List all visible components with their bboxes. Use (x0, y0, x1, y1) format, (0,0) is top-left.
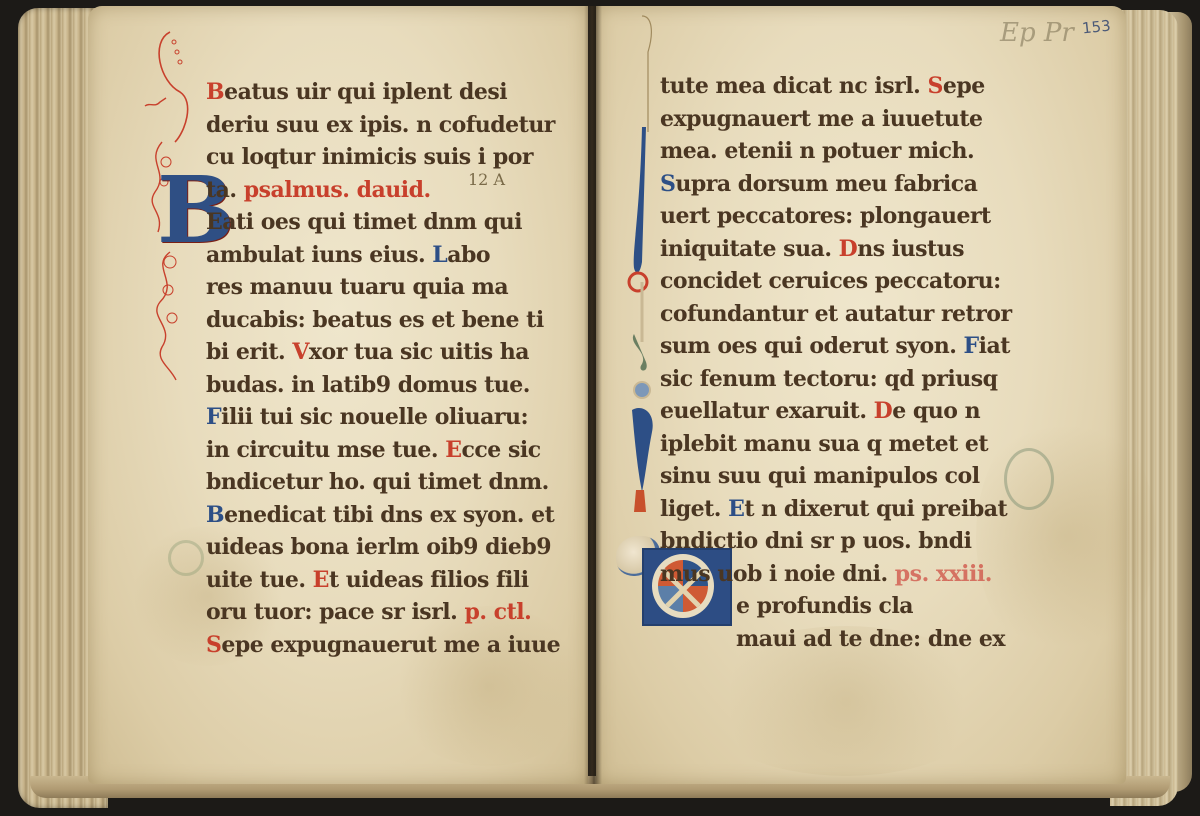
gutter (584, 6, 602, 784)
script-text: ambulat iuns eius. (206, 242, 432, 268)
text-line: uert peccatores: plongauert (660, 200, 1000, 233)
script-text: e profundis cla (660, 593, 913, 619)
script-text: oru tuor: pace sr isrl. (206, 599, 464, 625)
text-line: Beatus uir qui iplent desi (206, 76, 548, 109)
right-page-text: tute mea dicat nc isrl. Sepeexpugnauert … (660, 70, 1000, 655)
text-line: Supra dorsum meu fabrica (660, 168, 1000, 201)
script-text: uideas bona ierlm oib9 dieb9 (206, 534, 551, 560)
rubric-text: V (292, 339, 309, 365)
script-text: maui ad te dne: dne ex (660, 626, 1005, 652)
text-line: maui ad te dne: dne ex (660, 623, 1000, 656)
green-stain-mark (1004, 448, 1054, 510)
script-text: bndicetur ho. qui timet dnm. (206, 469, 549, 495)
text-line: cofundantur et autatur retror (660, 298, 1000, 331)
blue-initial: F (206, 404, 221, 430)
script-text: cu loqtur inimicis suis i por (206, 144, 533, 170)
script-text: uert peccatores: plongauert (660, 203, 991, 229)
text-line: Benedicat tibi dns ex syon. et (206, 499, 548, 532)
green-stain-mark-left (168, 540, 204, 576)
rubric-text: psalmus. dauid. (244, 177, 431, 203)
text-line: euellatur exaruit. De quo n (660, 395, 1000, 428)
script-text: ta. (206, 177, 244, 203)
script-text: enedicat tibi dns ex syon. et (224, 502, 554, 528)
rubric-text: p. ctl. (464, 599, 531, 625)
text-line: mus uob i noie dni. ps. xxiii. (660, 558, 1000, 591)
text-line: concidet ceruices peccatoru: (660, 265, 1000, 298)
script-text: euellatur exaruit. (660, 398, 874, 424)
text-line: tute mea dicat nc isrl. Sepe (660, 70, 1000, 103)
script-text: iplebit manu sua q metet et (660, 431, 988, 457)
script-text: bi erit. (206, 339, 292, 365)
script-text: upra dorsum meu fabrica (675, 171, 977, 197)
text-line: iniquitate sua. Dns iustus (660, 233, 1000, 266)
text-line: Sepe expugnauerut me a iuue (206, 629, 548, 662)
script-text: budas. in latib9 domus tue. (206, 372, 530, 398)
script-text: mea. etenii n potuer mich. (660, 138, 974, 164)
script-text: in circuitu mse tue. (206, 437, 445, 463)
script-text: mus uob i noie dni. (660, 561, 895, 587)
text-line: bndicetur ho. qui timet dnm. (206, 466, 548, 499)
script-text: iat (979, 333, 1010, 359)
text-line: in circuitu mse tue. Ecce sic (206, 434, 548, 467)
script-text: epe expugnauerut me a iuue (221, 632, 560, 658)
script-text: abo (447, 242, 490, 268)
script-text: t uideas filios fili (329, 567, 529, 593)
rubric-text: D (874, 398, 893, 424)
script-text: deriu suu ex ipis. n cofudetur (206, 112, 555, 138)
text-line: sinu suu qui manipulos col (660, 460, 1000, 493)
text-line: budas. in latib9 domus tue. (206, 369, 548, 402)
text-line: bndictio dni sr p uos. bndi (660, 525, 1000, 558)
script-text: tute mea dicat nc isrl. (660, 73, 927, 99)
rubric-text: B (206, 79, 224, 105)
blue-initial: L (432, 242, 447, 268)
script-text: e quo n (892, 398, 980, 424)
text-line: liget. Et n dixerut qui preibat (660, 493, 1000, 526)
script-text: sinu suu qui manipulos col (660, 463, 980, 489)
rubric-text: E (313, 567, 329, 593)
text-line: ducabis: beatus es et bene ti (206, 304, 548, 337)
text-line: Eati oes qui timet dnm qui (206, 206, 548, 239)
text-line: bi erit. Vxor tua sic uitis ha (206, 336, 548, 369)
text-line: cu loqtur inimicis suis i por (206, 141, 548, 174)
script-text: epe (943, 73, 985, 99)
script-text: cce sic (462, 437, 541, 463)
text-line: oru tuor: pace sr isrl. p. ctl. (206, 596, 548, 629)
shelfmark-note: Ep Pr (1000, 18, 1074, 48)
text-line: res manuu tuaru quia ma (206, 271, 548, 304)
blue-initial: F (964, 333, 979, 359)
script-text: cofundantur et autatur retror (660, 301, 1012, 327)
rubric-text: D (839, 236, 858, 262)
text-line: e profundis cla (660, 590, 1000, 623)
rubric-text: S (927, 73, 942, 99)
faded-rubric: ps. xxiii. (895, 561, 992, 587)
script-text: expugnauert me a iuuetute (660, 106, 983, 132)
script-text: eatus uir qui iplent desi (224, 79, 507, 105)
script-text: concidet ceruices peccatoru: (660, 268, 1001, 294)
text-line: sum oes qui oderut syon. Fiat (660, 330, 1000, 363)
text-line: expugnauert me a iuuetute (660, 103, 1000, 136)
script-text: sum oes qui oderut syon. (660, 333, 964, 359)
rubric-text: S (206, 632, 221, 658)
script-text: ilii tui sic nouelle oliuaru: (221, 404, 528, 430)
text-line: iplebit manu sua q metet et (660, 428, 1000, 461)
text-line: ta. psalmus. dauid. (206, 174, 548, 207)
text-line: mea. etenii n potuer mich. (660, 135, 1000, 168)
script-text: ns iustus (857, 236, 964, 262)
script-text: t n dixerut qui preibat (744, 496, 1007, 522)
script-text: iniquitate sua. (660, 236, 839, 262)
script-text: sic fenum tectoru: qd priusq (660, 366, 997, 392)
script-text: xor tua sic uitis ha (309, 339, 529, 365)
text-line: sic fenum tectoru: qd priusq (660, 363, 1000, 396)
script-text: liget. (660, 496, 728, 522)
script-text: bndictio dni sr p uos. bndi (660, 528, 971, 554)
text-line: uideas bona ierlm oib9 dieb9 (206, 531, 548, 564)
text-line: deriu suu ex ipis. n cofudetur (206, 109, 548, 142)
script-text: ducabis: beatus es et bene ti (206, 307, 544, 333)
text-line: ambulat iuns eius. Labo (206, 239, 548, 272)
text-line: Filii tui sic nouelle oliuaru: (206, 401, 548, 434)
left-page-text: Beatus uir qui iplent desideriu suu ex i… (206, 76, 548, 661)
blue-initial: S (660, 171, 675, 197)
blue-initial: B (206, 502, 224, 528)
rubric-text: E (445, 437, 461, 463)
open-manuscript: B 12 A Beatus uir qui iplent desideriu s… (0, 0, 1200, 816)
script-text: Eati oes qui timet dnm qui (206, 209, 522, 235)
blue-initial: E (728, 496, 744, 522)
script-text: uite tue. (206, 567, 313, 593)
folio-number: 153 (1081, 17, 1111, 38)
text-line: uite tue. Et uideas filios fili (206, 564, 548, 597)
script-text: res manuu tuaru quia ma (206, 274, 508, 300)
